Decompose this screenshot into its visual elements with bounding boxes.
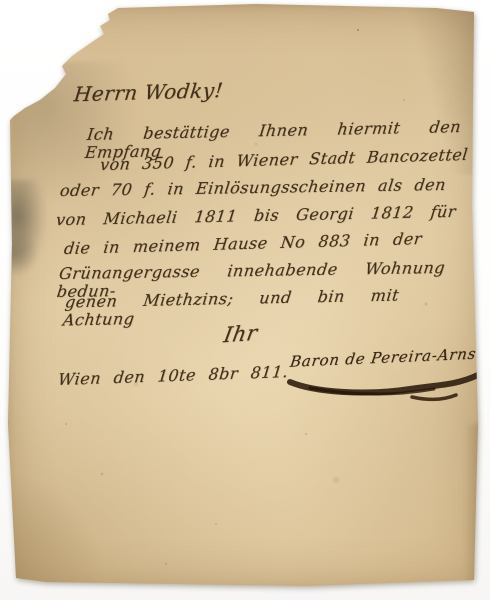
letter-paper-wrap: Herrn Wodky! Ich bestättige Ihnen hiermi… <box>0 0 490 600</box>
stain-left-edge-dark <box>4 229 38 277</box>
dateline: Wien den 10te 8br 811. <box>57 362 289 389</box>
closing: Ihr <box>222 321 260 348</box>
stain-bottom-left <box>6 474 106 594</box>
letter-line: die in meinem Hause No 883 in der <box>63 230 423 258</box>
stain-left-edge <box>2 180 46 272</box>
document-photo: Herrn Wodky! Ich bestättige Ihnen hiermi… <box>0 0 490 600</box>
letter-line: von Michaeli 1811 bis Georgi 1812 für <box>55 203 457 229</box>
letter-line: oder 70 f. in Einlösungsscheinen als den <box>59 176 447 200</box>
salutation: Herrn Wodky! <box>73 78 236 107</box>
letter-paper: Herrn Wodky! Ich bestättige Ihnen hiermi… <box>6 4 484 592</box>
stain-right-edge <box>460 424 482 589</box>
signature-flourish <box>284 362 488 406</box>
